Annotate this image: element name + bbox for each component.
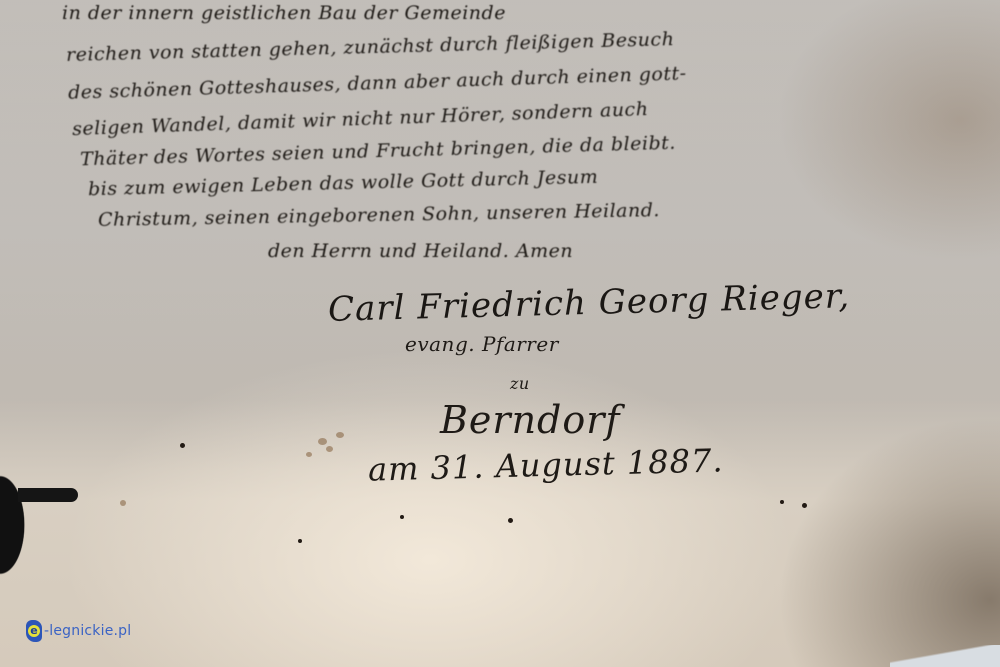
body-line-2: reichen von statten gehen, zunächst durc…: [66, 28, 675, 66]
ink-dot: [180, 443, 185, 448]
body-line-1: in der innern geistlichen Bau der Gemein…: [62, 2, 506, 24]
body-line-7: Christum, seinen eingeborenen Sohn, unse…: [98, 199, 660, 231]
ink-dot: [780, 500, 784, 504]
stain-spot: [336, 432, 344, 438]
body-line-4: seligen Wandel, damit wir nicht nur Höre…: [72, 98, 649, 140]
body-line-3: des schönen Gotteshauses, dann aber auch…: [68, 62, 687, 103]
signature-title: evang. Pfarrer: [405, 332, 559, 356]
watermark-logo-letter: e: [28, 625, 40, 637]
stain-spot: [120, 500, 126, 506]
signature-name: Carl Friedrich Georg Rieger,: [328, 276, 851, 330]
torn-paper-tear: [18, 488, 78, 502]
body-line-8: den Herrn und Heiland. Amen: [268, 240, 573, 262]
watermark-text: -legnickie.pl: [44, 623, 131, 639]
signature-date: am 31. August 1887.: [368, 441, 724, 488]
ink-dot: [298, 539, 302, 543]
stain-spot: [326, 446, 333, 452]
ink-dot: [508, 518, 513, 523]
legnica-region-icon: e: [26, 620, 42, 642]
body-line-5: Thäter des Wortes seien und Frucht bring…: [80, 132, 676, 171]
ink-dot: [400, 515, 404, 519]
signature-place: Berndorf: [440, 398, 620, 442]
stain-spot: [306, 452, 312, 457]
torn-paper-edge: [0, 470, 60, 580]
site-watermark: e -legnickie.pl: [26, 620, 131, 642]
body-line-6: bis zum ewigen Leben das wolle Gott durc…: [88, 166, 599, 200]
stain-spot: [318, 438, 327, 445]
background-corner: [890, 645, 1000, 667]
ink-dot: [802, 503, 807, 508]
signature-preposition: zu: [510, 374, 530, 393]
